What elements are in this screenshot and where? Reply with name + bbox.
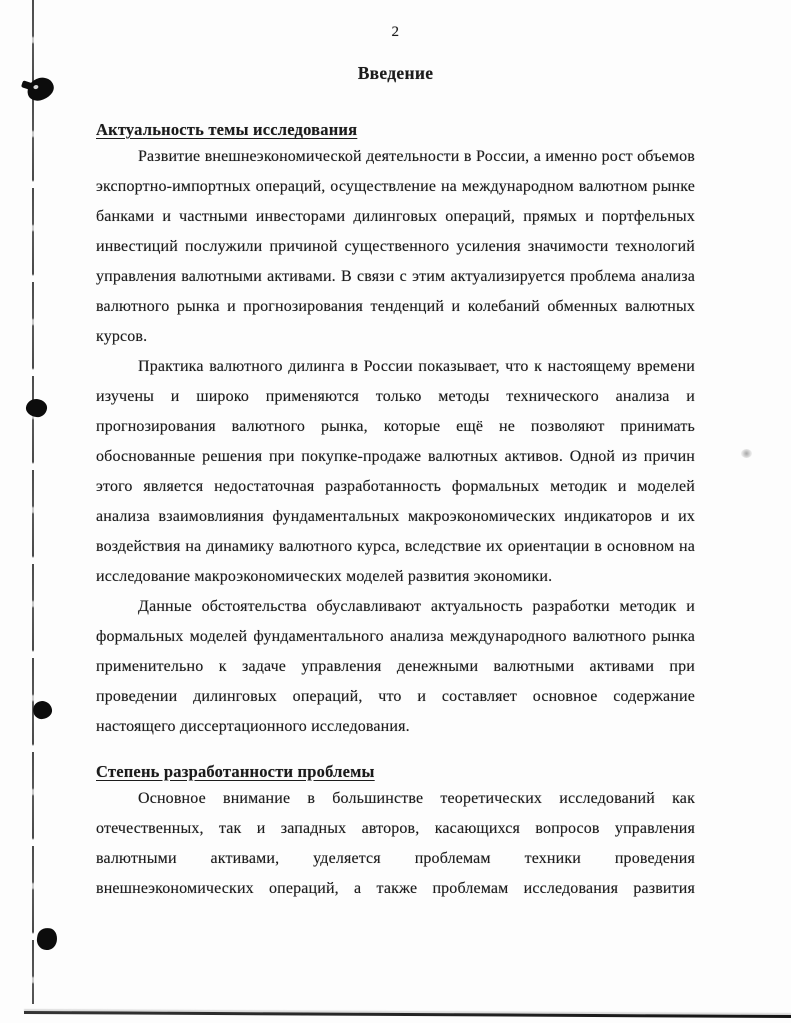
ink-blob-lower-middle: [32, 700, 53, 720]
ink-blob-top: [25, 75, 57, 103]
scanned-document-page: 2 Введение Актуальность темы исследовани…: [0, 0, 791, 1023]
ink-blob-bottom: [35, 926, 59, 951]
paragraph: Практика валютного дилинга в России пока…: [96, 352, 695, 592]
paragraph: Данные обстоятельства обуславливают акту…: [96, 592, 695, 742]
paragraph: Основное внимание в большинстве теоретич…: [96, 784, 695, 904]
scan-left-edge-line: [32, 0, 34, 1004]
scan-bottom-edge-line: [24, 1011, 791, 1018]
section-heading-state-of-research: Степень разработанности проблемы: [96, 762, 695, 782]
text-column: 2 Введение Актуальность темы исследовани…: [96, 0, 695, 904]
page-number: 2: [96, 24, 695, 41]
ink-blob-upper-middle: [25, 398, 48, 419]
document-title: Введение: [96, 63, 695, 84]
paragraph: Развитие внешнеэкономической деятельност…: [96, 142, 695, 352]
scan-speck: [741, 449, 752, 458]
section-heading-relevance: Актуальность темы исследования: [96, 120, 695, 140]
